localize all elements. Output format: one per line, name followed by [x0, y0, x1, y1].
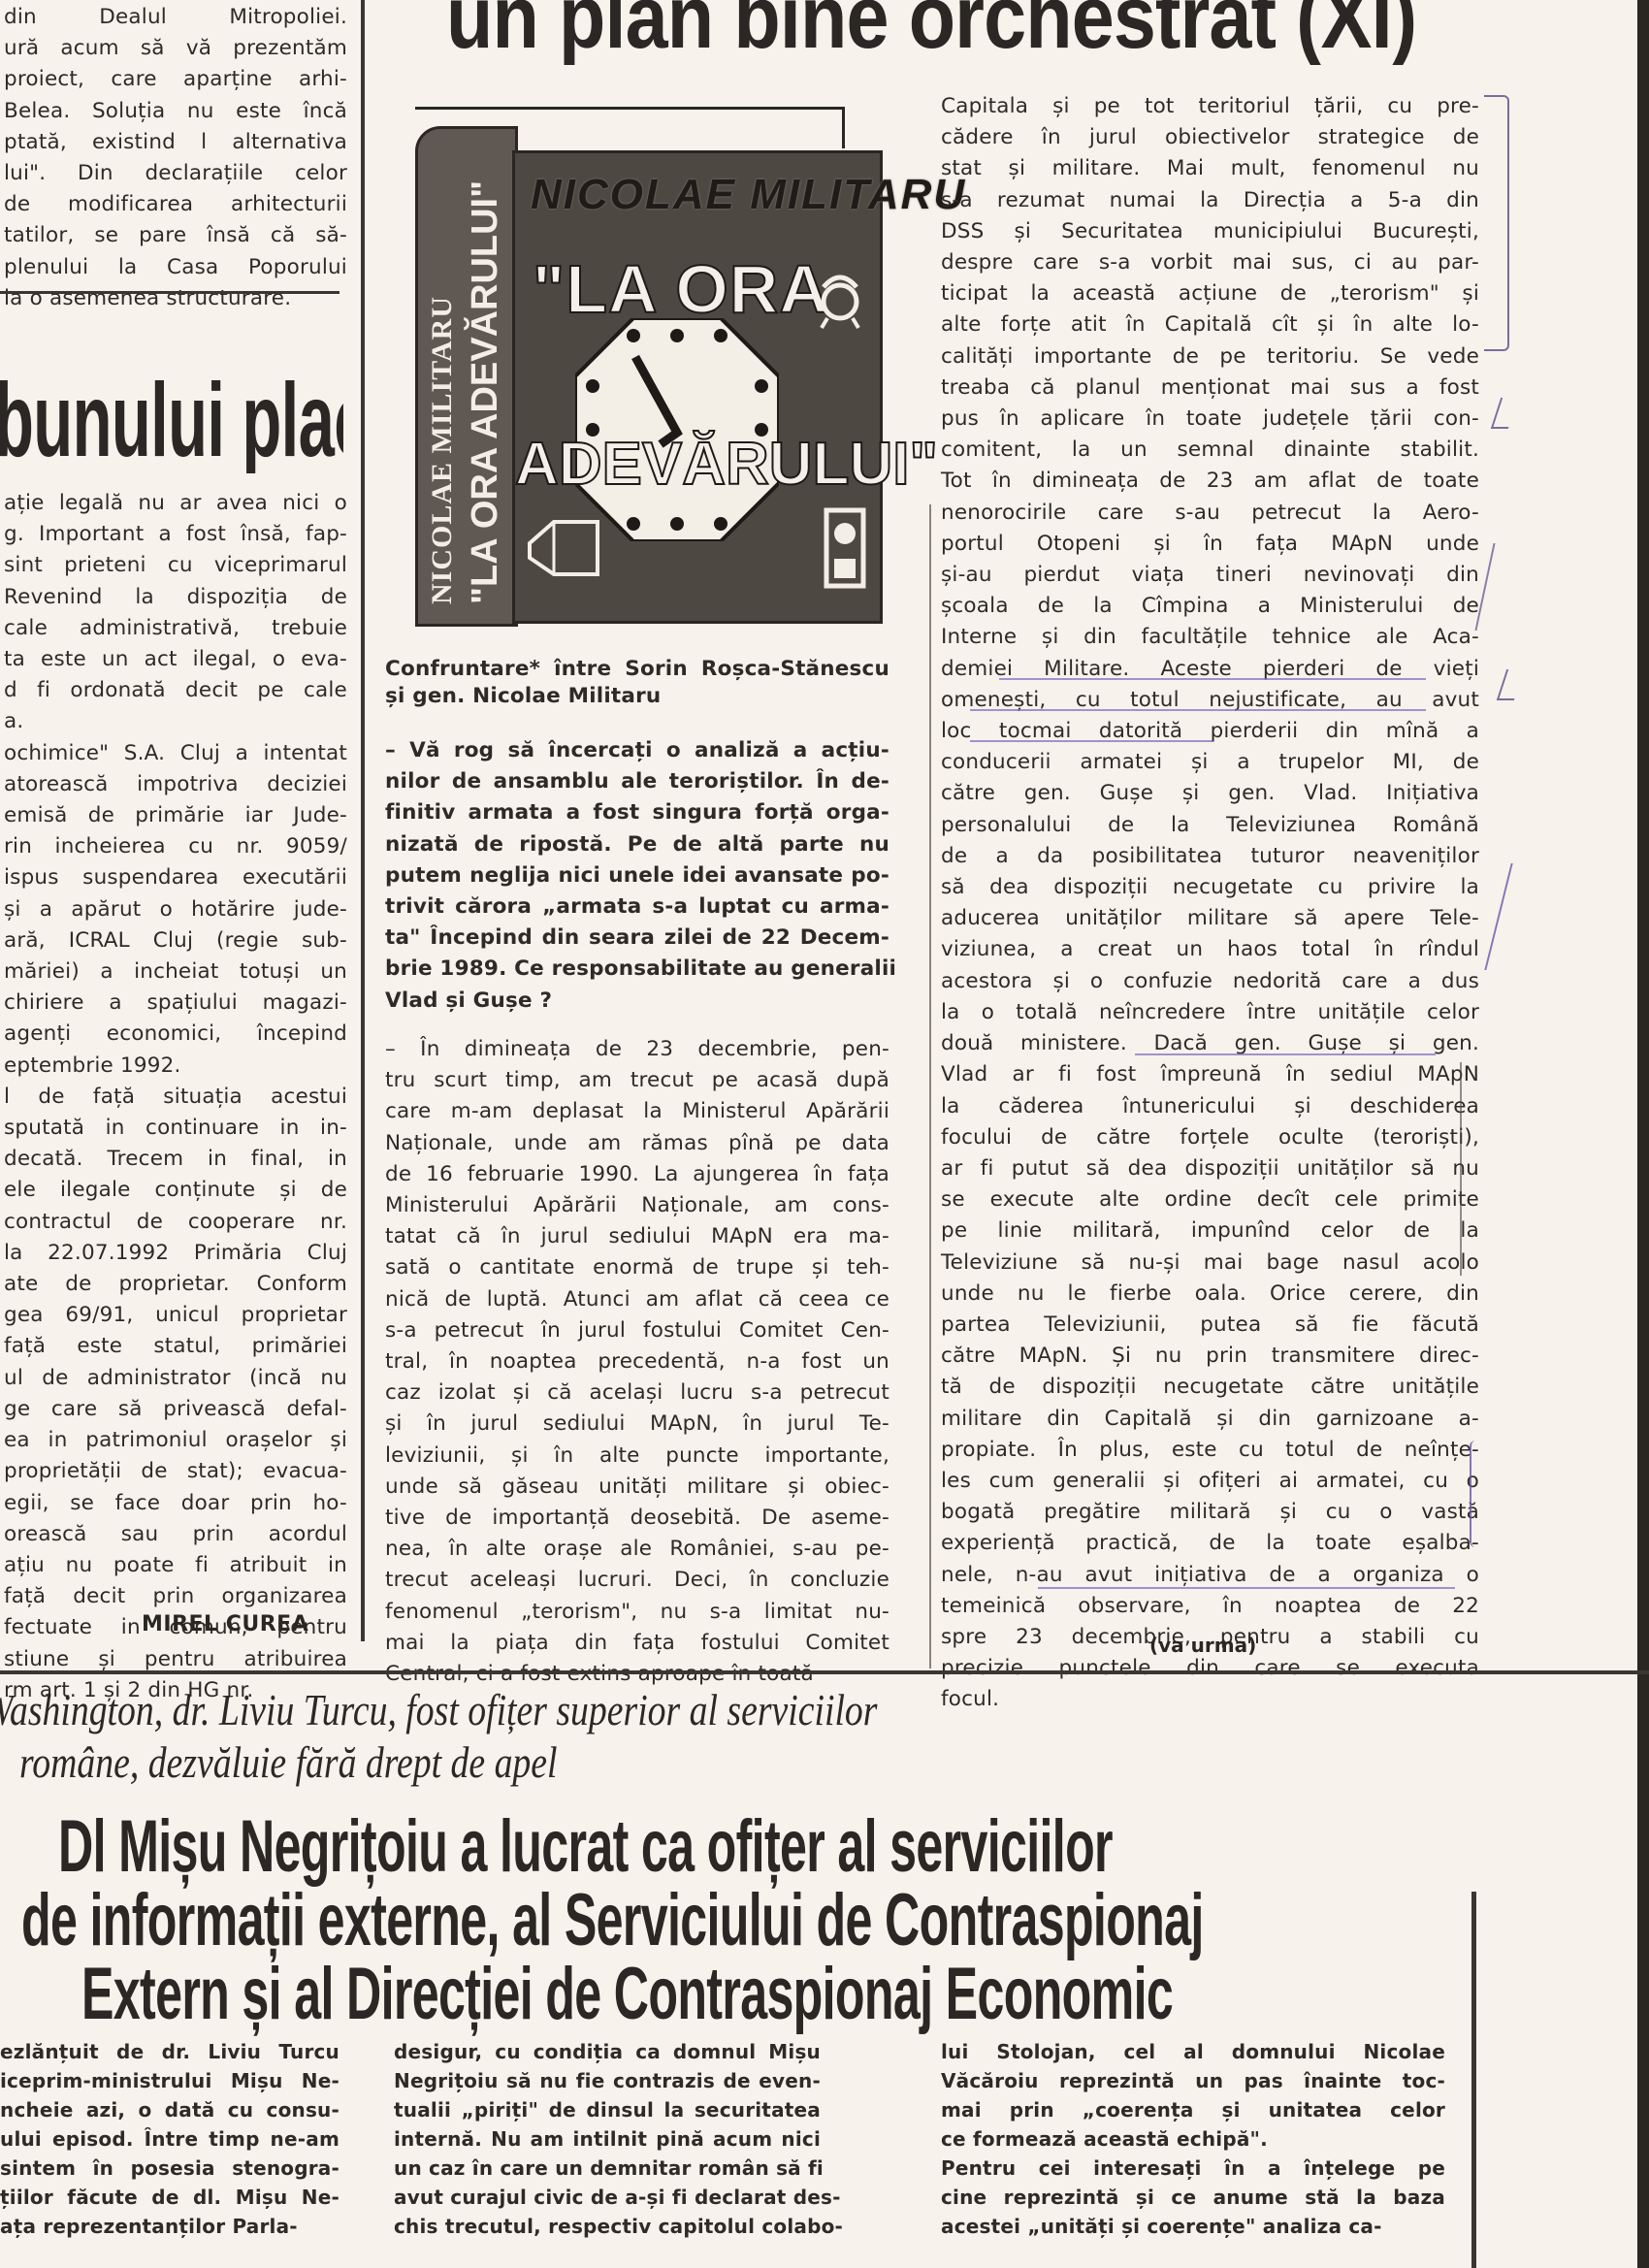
pen-margin-line [1470, 1441, 1481, 1547]
main-headline: un plan bine orchestrat (XI) [446, 0, 1474, 65]
text-line: ului episod. Între timp ne-am [0, 2124, 339, 2154]
text-line: iceprim-ministrului Mișu Ne- [0, 2066, 339, 2095]
text-line: trivit cărora „armata s-a luptat cu arma… [385, 891, 889, 923]
text-line: Ministerului Apărării Naționale, am cons… [385, 1190, 889, 1221]
text-line: se execute alte ordine decît cele primit… [941, 1184, 1479, 1215]
text-line: putem neglija nici unele idei avansate p… [385, 860, 889, 891]
text-line: și a apărut o hotărire jude- [4, 894, 347, 925]
text-line: ară, ICRAL Cluj (regie sub- [4, 925, 347, 956]
grandfather-clock-icon [821, 501, 869, 590]
cover-title-line2: ADEVĂRULUI" [515, 430, 938, 499]
text-line: cădere în jurul obiectivelor strategice … [941, 122, 1479, 153]
text-line: caz izolat și că același lucru s-a petre… [385, 1377, 889, 1409]
text-line: – În dimineața de 23 decembrie, pen- [385, 1034, 889, 1065]
text-line: Vlad și Gușe ? [385, 986, 889, 1017]
pen-check-mark [1474, 543, 1504, 631]
bottom-headline-line1: Dl Mișu Negrițoiu a lucrat ca ofițer al … [58, 1804, 1113, 1889]
text-line: chiriere a spațiului magazi- [4, 988, 347, 1019]
text-line: către MApN. Și nu prin transmitere direc… [941, 1341, 1479, 1372]
text-line: stat și militare. Mai mult, fenomenul nu [941, 153, 1479, 184]
left-top-text: din Dealul Mitropoliei.ură acum să vă pr… [4, 2, 347, 314]
text-line: fenomenul „terorism", nu s-a limitat nu- [385, 1597, 889, 1628]
pen-check-mark [1497, 669, 1524, 700]
bottom-col1-text: ezlănțuit de dr. Liviu Turcuiceprim-mini… [0, 2037, 339, 2241]
text-line: alte forțe atit în Capitală cît și în al… [941, 309, 1479, 340]
caption-text: Confruntare* între Sorin Roșca-Stănescuș… [385, 656, 889, 710]
pen-underline [1135, 1053, 1436, 1055]
text-line: desigur, cu condiția ca domnul Mișu [394, 2037, 821, 2066]
bottom-col-3: lui Stolojan, cel al domnului NicolaeVăc… [941, 2037, 1445, 2241]
text-line: Revenind la dispoziția de [4, 582, 347, 613]
left-column-top-fragment: din Dealul Mitropoliei.ură acum să vă pr… [4, 2, 347, 314]
text-line: sputată in continuare in in- [4, 1113, 347, 1144]
text-line: de 16 februarie 1990. La ajungerea în fa… [385, 1159, 889, 1190]
text-line: demiei Militare. Aceste pierderi de vieț… [941, 654, 1479, 685]
pen-margin-line [1474, 863, 1512, 970]
text-line: d fi ordonată decit pe cale [4, 675, 347, 706]
text-line: emisă de primărie iar Jude- [4, 800, 347, 831]
text-line: și gen. Nicolae Militaru [385, 683, 889, 710]
text-line: ce formează această echipă". [941, 2124, 1445, 2154]
text-line: un caz în care un demnitar român să fi [394, 2154, 821, 2183]
text-line: Capitala și pe tot teritoriul țării, cu … [941, 91, 1479, 122]
book-front-cover: NICOLAE MILITARU "LA ORA ADEVĂRULUI" [512, 150, 883, 624]
text-line: cine reprezintă și ce anume stă la baza [941, 2183, 1445, 2212]
text-line: unde să găseau unități militare și obiec… [385, 1472, 889, 1503]
text-line: personalului de la Televiziunea Română [941, 810, 1479, 841]
book-cover-illustration: NICOLAE MILITARU "LA ORA ADEVĂRULUI" NIC… [398, 107, 902, 621]
text-line: față decit prin organizarea [4, 1581, 347, 1612]
text-line: despre care s-a vorbit mai sus, ci au pa… [941, 247, 1479, 278]
text-line: chis trecutul, respectiv capitolul colab… [394, 2212, 821, 2241]
text-line: conducerii armatei și a trupelor MI, de [941, 747, 1479, 778]
text-line: Naționale, unde am rămas pînă pe data [385, 1128, 889, 1159]
column-rule-middle [929, 504, 931, 1669]
text-line: gea 69/91, unicul proprietar [4, 1300, 347, 1331]
text-line: de a da posibilitatea tuturor neavenițil… [941, 841, 1479, 872]
text-line: contractul de cooperare nr. [4, 1207, 347, 1238]
text-line: Belea. Soluția nu este încă [4, 96, 347, 127]
book-spine-text: NICOLAE MILITARU "LA ORA ADEVĂRULUI" [418, 129, 515, 624]
question-text: – Vă rog să încercați o analiză a acțiu-… [385, 735, 889, 1017]
text-line: experiență practică, de la toate eșalba- [941, 1528, 1479, 1559]
text-line: la o totală neîncredere între unitățile … [941, 997, 1479, 1028]
left-article-body: ație legală nu ar avea nici og. Importan… [4, 488, 347, 1706]
text-line: bogată pregătire militară și cu o vastă [941, 1497, 1479, 1528]
house-icon [525, 514, 602, 582]
text-line: ispus suspendarea executării [4, 862, 347, 893]
text-line: proprietății de stat); evacua- [4, 1456, 347, 1487]
text-line: care m-am deplasat la Ministerul Apărări… [385, 1096, 889, 1127]
text-line: din Dealul Mitropoliei. [4, 2, 347, 33]
text-line: leviziunii, și în alte puncte importante… [385, 1441, 889, 1472]
text-line: ptată, existind l alternativa [4, 127, 347, 158]
text-line: lui Stolojan, cel al domnului Nicolae [941, 2037, 1445, 2066]
pen-check-mark [1491, 398, 1518, 429]
text-line: la o asemenea structurare. [4, 283, 347, 314]
left-column-divider [0, 291, 339, 294]
text-line: de modificarea arhitecturii [4, 189, 347, 220]
text-line: pe linie militară, impunînd celor de la [941, 1215, 1479, 1247]
answer-text-right: Capitala și pe tot teritoriul țării, cu … [941, 91, 1479, 1716]
text-line: egii, se face doar prin ho- [4, 1488, 347, 1519]
text-line: față este statul, primăriei [4, 1331, 347, 1362]
text-line: ta" Începind din seara zilei de 22 Decem… [385, 923, 889, 954]
bottom-headline-line2: de informații externe, al Serviciului de… [21, 1878, 1204, 1962]
interview-answer-middle: – În dimineața de 23 decembrie, pen-tru … [385, 1034, 889, 1690]
text-line: avut curajul civic de a-și fi declarat d… [394, 2183, 821, 2212]
text-line: școala de la Cîmpina a Ministerului de [941, 591, 1479, 622]
text-line: țiilor făcute de dl. Mișu Ne- [0, 2183, 339, 2212]
left-byline: MIREL CUREA [142, 1612, 308, 1636]
text-line: ar fi putut să dea dispoziții unităților… [941, 1153, 1479, 1184]
text-line: focului de către forțele oculte (teroriș… [941, 1122, 1479, 1153]
main-headline-text: un plan bine orchestrat (XI) [446, 0, 1331, 62]
text-line: ochimice" S.A. Cluj a intentat [4, 738, 347, 769]
text-line: Văcăroiu reprezintă un pas înainte toc- [941, 2066, 1445, 2095]
text-line: sint prieteni cu viceprimarul [4, 550, 347, 581]
text-line: nică de luptă. Atunci am aflat că ceea c… [385, 1284, 889, 1315]
text-line: treaba că planul menționat mai sus a fos… [941, 373, 1479, 404]
text-line: calități importante de pe teritoriu. Se … [941, 341, 1479, 373]
pen-underline [999, 678, 1426, 680]
text-line: sată o cantitate enormă de trupe și teh- [385, 1252, 889, 1283]
text-line: loc tocmai datorită pierderii din mînă a [941, 716, 1479, 747]
interview-question: – Vă rog să încercați o analiză a acțiu-… [385, 735, 889, 1017]
text-line: aducerea unităților militare să apere Te… [941, 903, 1479, 934]
text-line: nilor de ansamblu ale teroriștilor. În d… [385, 766, 889, 797]
text-line: Televiziune să nu-și mai bage nasul acol… [941, 1247, 1479, 1279]
text-line: proiect, care aparține arhi- [4, 64, 347, 95]
text-line: măriei) a incheiat totuși un [4, 956, 347, 988]
text-line: nenorocirile care s-au petrecut la Aero- [941, 498, 1479, 529]
text-line: unde nu le fierbe oala. Orice cerere, di… [941, 1279, 1479, 1310]
text-line: nea, în alte orașe ale României, s-au pe… [385, 1534, 889, 1565]
text-line: brie 1989. Ce responsabilitate au genera… [385, 954, 889, 985]
text-line: tatilor, se pare însă că să- [4, 220, 347, 251]
column-rule-left [361, 0, 365, 1641]
text-line: ge care să privească defal- [4, 1394, 347, 1425]
text-line: cale administrativă, trebuie [4, 613, 347, 644]
text-line: mai prin „coerența și unitatea celor [941, 2095, 1445, 2124]
left-article-headline: bunului plac [0, 367, 343, 473]
section-divider [0, 1670, 1649, 1674]
bottom-kicker-line2: române, dezvăluie fără drept de apel [19, 1736, 558, 1788]
text-line: a. [4, 706, 347, 737]
cover-author: NICOLAE MILITARU [531, 171, 966, 219]
text-line: tatat că în jurul sediului MApN era ma- [385, 1221, 889, 1252]
text-line: Vlad ar fi fost împreună în sediul MApN [941, 1059, 1479, 1090]
text-line: decată. Trecem in final, in [4, 1144, 347, 1175]
text-line: l de față situația acestui [4, 1082, 347, 1113]
text-line: acestora și o confuzie nedorită care a d… [941, 966, 1479, 997]
text-line: ezlănțuit de dr. Liviu Turcu [0, 2037, 339, 2066]
text-line: finitiv armata a fost singura forță orga… [385, 797, 889, 828]
text-line: la 22.07.1992 Primăria Cluj [4, 1238, 347, 1269]
scan-edge [1637, 0, 1649, 2268]
text-line: eptembrie 1992. [4, 1051, 347, 1082]
pen-underline [970, 740, 1212, 742]
text-line: partea Televiziunii, putea să fie făcută [941, 1310, 1479, 1341]
text-line: Interne și din facultățile tehnice ale A… [941, 622, 1479, 653]
text-line: trecut aceleași lucruri. Deci, în conclu… [385, 1565, 889, 1596]
text-line: Tot în dimineața de 23 am aflat de toate [941, 466, 1479, 497]
text-line: tă de dispoziții necugetate către unităț… [941, 1372, 1479, 1403]
text-line: plenului la Casa Poporului [4, 252, 347, 283]
spine-author: NICOLAE MILITARU [426, 296, 459, 604]
pen-underline [1038, 1587, 1455, 1589]
text-line: nizată de ripostă. Pe de altă parte nu [385, 829, 889, 860]
spine-title: "LA ORA ADEVĂRULUI" [465, 180, 506, 604]
text-line: tive de importanță deosebită. De aseme- [385, 1503, 889, 1534]
text-line: sintem în posesia stenogra- [0, 2154, 339, 2183]
left-body-text: ație legală nu ar avea nici og. Importan… [4, 488, 347, 1706]
text-line: – Vă rog să încercați o analiză a acțiu- [385, 735, 889, 766]
text-line: la căderea întunericului și deschiderea [941, 1091, 1479, 1122]
text-line: les cum generalii și ofițeri ai armatei,… [941, 1466, 1479, 1497]
text-line: ncheie azi, o dată cu consu- [0, 2095, 339, 2124]
text-line: agenți economici, începind [4, 1019, 347, 1050]
cover-title-line1: "LA ORA [533, 250, 829, 328]
text-line: temeinică observare, în noaptea de 22 [941, 1591, 1479, 1622]
text-line: Confruntare* între Sorin Roșca-Stănescu [385, 656, 889, 683]
bottom-column-rule [1471, 1892, 1476, 2268]
text-line: omenești, cu totul nejustificate, au avu… [941, 685, 1479, 716]
text-line: s-a rezumat numai la Direcția a 5-a din [941, 185, 1479, 216]
text-line: ața reprezentanților Parla- [0, 2212, 339, 2241]
text-line: tral, în noaptea precedentă, n-a fost un [385, 1346, 889, 1377]
text-line: nele, n-au avut inițiativa de a organiza… [941, 1560, 1479, 1591]
text-line: rin incheierea cu nr. 9059/ [4, 831, 347, 862]
text-line: militare din Capitală și din garnizoane … [941, 1404, 1479, 1435]
text-line: orească sau prin acordul [4, 1519, 347, 1550]
text-line: ele ilegale conținute și de [4, 1175, 347, 1206]
text-line: internă. Nu am intilnit pină acum nici [394, 2124, 821, 2154]
text-line: să dea dispoziții necugetate cu privire … [941, 872, 1479, 903]
alarm-clock-icon [816, 268, 864, 331]
text-line: s-a petrecut în jurul fostului Comitet C… [385, 1315, 889, 1346]
text-line: ticipat la această acțiune de „terorism"… [941, 278, 1479, 309]
pen-bracket-mark [1484, 95, 1509, 351]
text-line: precizie punctele din care se executa [941, 1653, 1479, 1684]
text-line: atorească impotriva deciziei [4, 769, 347, 800]
bottom-kicker-line1: Washington, dr. Liviu Turcu, fost ofițer… [0, 1684, 877, 1735]
text-line: tru scurt timp, am trecut pe acasă după [385, 1065, 889, 1096]
text-line: Pentru cei interesați în a înțelege pe [941, 2154, 1445, 2183]
text-line: acestei „unități și coerențe" analiza ca… [941, 2212, 1445, 2241]
text-line: portul Otopeni și în fața MApN unde [941, 529, 1479, 560]
text-line: mai la piața din fața fostului Comitet [385, 1628, 889, 1659]
text-line: propiate. În plus, este cu totul de neîn… [941, 1435, 1479, 1466]
text-line: și-au pierdut viața tineri nevinovați di… [941, 560, 1479, 591]
book-spine: NICOLAE MILITARU "LA ORA ADEVĂRULUI" [415, 126, 518, 627]
bottom-col2-text: desigur, cu condiția ca domnul MișuNegri… [394, 2037, 821, 2241]
text-line: focul. [941, 1684, 1479, 1715]
text-line: tualii „piriți" de dinsul la securitatea [394, 2095, 821, 2124]
text-line: ul de administrator (incă nu [4, 1363, 347, 1394]
bottom-col-1: ezlănțuit de dr. Liviu Turcuiceprim-mini… [0, 2037, 339, 2241]
text-line: Negrițoiu să nu fie contrazis de even- [394, 2066, 821, 2095]
text-line: ate de proprietar. Conform [4, 1269, 347, 1300]
bottom-col3-text: lui Stolojan, cel al domnului NicolaeVăc… [941, 2037, 1445, 2241]
interview-answer-right: Capitala și pe tot teritoriul țării, cu … [941, 91, 1479, 1716]
text-line: ațiu nu poate fi atribuit in [4, 1550, 347, 1581]
text-line: și în jurul sediului MApN, în jurul Te- [385, 1409, 889, 1440]
bottom-headline-line3: Extern și al Direcției de Contraspionaj … [81, 1952, 1173, 2036]
text-line: ură acum să vă prezentăm [4, 33, 347, 64]
pen-margin-line [1460, 1062, 1471, 1276]
continuation-note: (va urma) [1149, 1634, 1256, 1657]
answer-text-middle: – În dimineața de 23 decembrie, pen-tru … [385, 1034, 889, 1690]
text-line: comitent, la un semnal dinainte stabilit… [941, 435, 1479, 466]
text-line: către gen. Gușe și gen. Vlad. Inițiativa [941, 778, 1479, 809]
left-headline-text: bunului plac [0, 367, 210, 473]
text-line: DSS și Securitatea municipiului Bucureșt… [941, 216, 1479, 247]
bottom-col-2: desigur, cu condiția ca domnul MișuNegri… [394, 2037, 821, 2241]
pen-underline [970, 709, 1426, 711]
photo-caption: Confruntare* între Sorin Roșca-Stănescuș… [385, 656, 889, 710]
text-line: g. Important a fost însă, fap- [4, 519, 347, 550]
text-line: ta este un act ilegal, o eva- [4, 644, 347, 675]
text-line: ea in patrimoniul orașelor și [4, 1425, 347, 1456]
text-line: lui". Din declarațiile celor [4, 158, 347, 189]
text-line: viziunea, a creat un haos total în rîndu… [941, 934, 1479, 965]
text-line: pus în aplicare în toate județele țării … [941, 404, 1479, 435]
text-line: ație legală nu ar avea nici o [4, 488, 347, 519]
